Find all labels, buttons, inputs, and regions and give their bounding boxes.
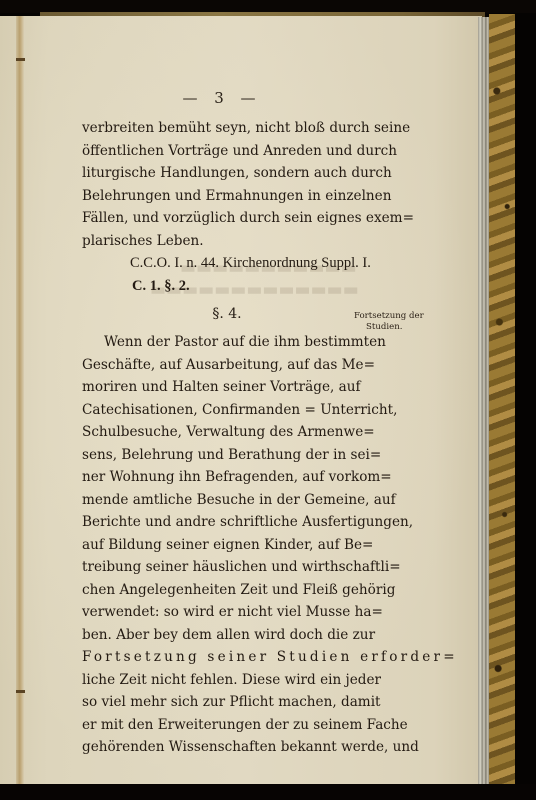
- binding-stitch: [16, 58, 25, 61]
- section-heading: §. 4.: [82, 297, 352, 331]
- text-line: moriren und Halten seiner Vorträge, auf: [82, 376, 352, 399]
- text-line: Catechisationen, Confirmanden = Unterric…: [82, 399, 352, 422]
- text-line: so viel mehr sich zur Pflicht machen, da…: [82, 691, 352, 714]
- text-line: sens, Belehrung und Berathung der in sei…: [82, 444, 352, 467]
- text-line: chen Angelegenheiten Zeit und Fleiß gehö…: [82, 579, 352, 602]
- text-line: verbreiten bemüht seyn, nicht bloß durch…: [82, 117, 352, 140]
- text-line-emphasized: Fortsetzung seiner Studien erforder=: [82, 646, 352, 669]
- paragraph-2: Wenn der Pastor auf die ihm bestimmten G…: [82, 331, 352, 759]
- text-line: auf Bildung seiner eignen Kinder, auf Be…: [82, 534, 352, 557]
- page-number: — 3 —: [172, 89, 272, 107]
- text-line: ner Wohnung ihn Befragenden, auf vorkom=: [82, 466, 352, 489]
- text-line: liche Zeit nicht fehlen. Diese wird ein …: [82, 669, 352, 692]
- text-line: er mit den Erweiterungen der zu seinem F…: [82, 714, 352, 737]
- text-line: öffentlichen Vorträge und Anreden und du…: [82, 140, 352, 163]
- text-line: verwendet: so wird er nicht viel Musse h…: [82, 601, 352, 624]
- marginal-note-line: Studien.: [354, 322, 424, 333]
- text-block: verbreiten bemüht seyn, nicht bloß durch…: [82, 117, 352, 759]
- marginal-note: Fortsetzung der Studien.: [354, 311, 424, 333]
- binding-gutter: [16, 16, 24, 784]
- text-line: gehörenden Wissenschaften bekannt werde,…: [82, 736, 352, 759]
- text-line: Wenn der Pastor auf die ihm bestimmten: [82, 331, 352, 354]
- text-line: Geschäfte, auf Ausarbeitung, auf das Me=: [82, 354, 352, 377]
- legal-reference: C.C.O. I. n. 44. Kirchenordnung Suppl. I…: [82, 252, 352, 297]
- text-line: Fällen, und vorzüglich durch sein eignes…: [82, 207, 352, 230]
- marginal-note-line: Fortsetzung der: [354, 311, 424, 322]
- text-line: plarisches Leben.: [82, 230, 352, 253]
- text-line: Berichte und andre schriftliche Ausferti…: [82, 511, 352, 534]
- text-line: treibung seiner häuslichen und wirthscha…: [82, 556, 352, 579]
- text-line: liturgische Handlungen, sondern auch dur…: [82, 162, 352, 185]
- text-line: ben. Aber bey dem allen wird doch die zu…: [82, 624, 352, 647]
- paragraph-1: verbreiten bemüht seyn, nicht bloß durch…: [82, 117, 352, 252]
- scanned-book-page: ▬▬▬▬▬▬▬▬▬▬▬ ▬▬▬▬▬▬▬▬▬▬▬▬▬ — 3 — verbreit…: [0, 0, 536, 800]
- reference-line: C.C.O. I. n. 44. Kirchenordnung Suppl. I…: [82, 252, 352, 275]
- text-line: Schulbesuche, Verwaltung des Armenwe=: [82, 421, 352, 444]
- reference-line: C. 1. §. 2.: [82, 275, 352, 298]
- text-line: mende amtliche Besuche in der Gemeine, a…: [82, 489, 352, 512]
- binding-stitch: [16, 690, 25, 693]
- scan-bottom-border: [0, 784, 536, 800]
- text-line: Belehrungen und Ermahnungen in einzelnen: [82, 185, 352, 208]
- marbled-cover-edge: [489, 14, 515, 784]
